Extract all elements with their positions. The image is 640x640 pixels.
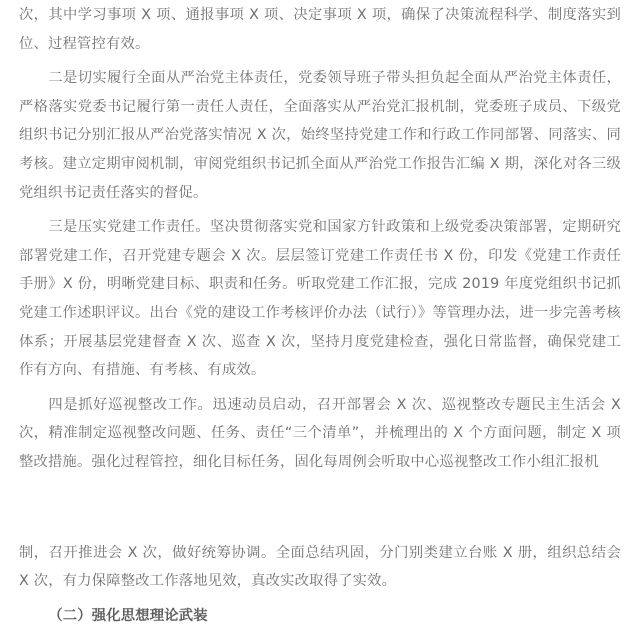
- paragraph-second-point: 二是切实履行全面从严治党主体责任，党委领导班子带头担负起全面从严治党主体责任，严…: [19, 64, 621, 207]
- paragraph-continuation-top: 次，其中学习事项 X 项、通报事项 X 项、决定事项 X 项，确保了决策流程科学…: [19, 1, 621, 58]
- paragraph-continuation-after-break: 制，召开推进会 X 次，做好统筹协调。全面总结巩固，分门别类建立台账 X 册，组…: [19, 539, 621, 596]
- document-page: { "page": { "background_color": "#ffffff…: [0, 0, 640, 640]
- page-break-gap: [19, 483, 621, 539]
- document-body: 次，其中学习事项 X 项、通报事项 X 项、决定事项 X 项，确保了决策流程科学…: [0, 0, 640, 640]
- section-heading: （二）强化思想理论武装: [19, 602, 621, 631]
- paragraph-fourth-point: 四是抓好巡视整改工作。迅速动员启动，召开部署会 X 次、巡视整改专题民主生活会 …: [19, 391, 621, 477]
- paragraph-third-point: 三是压实党建工作责任。坚决贯彻落实党和国家方针政策和上级党委决策部署，定期研究部…: [19, 213, 621, 385]
